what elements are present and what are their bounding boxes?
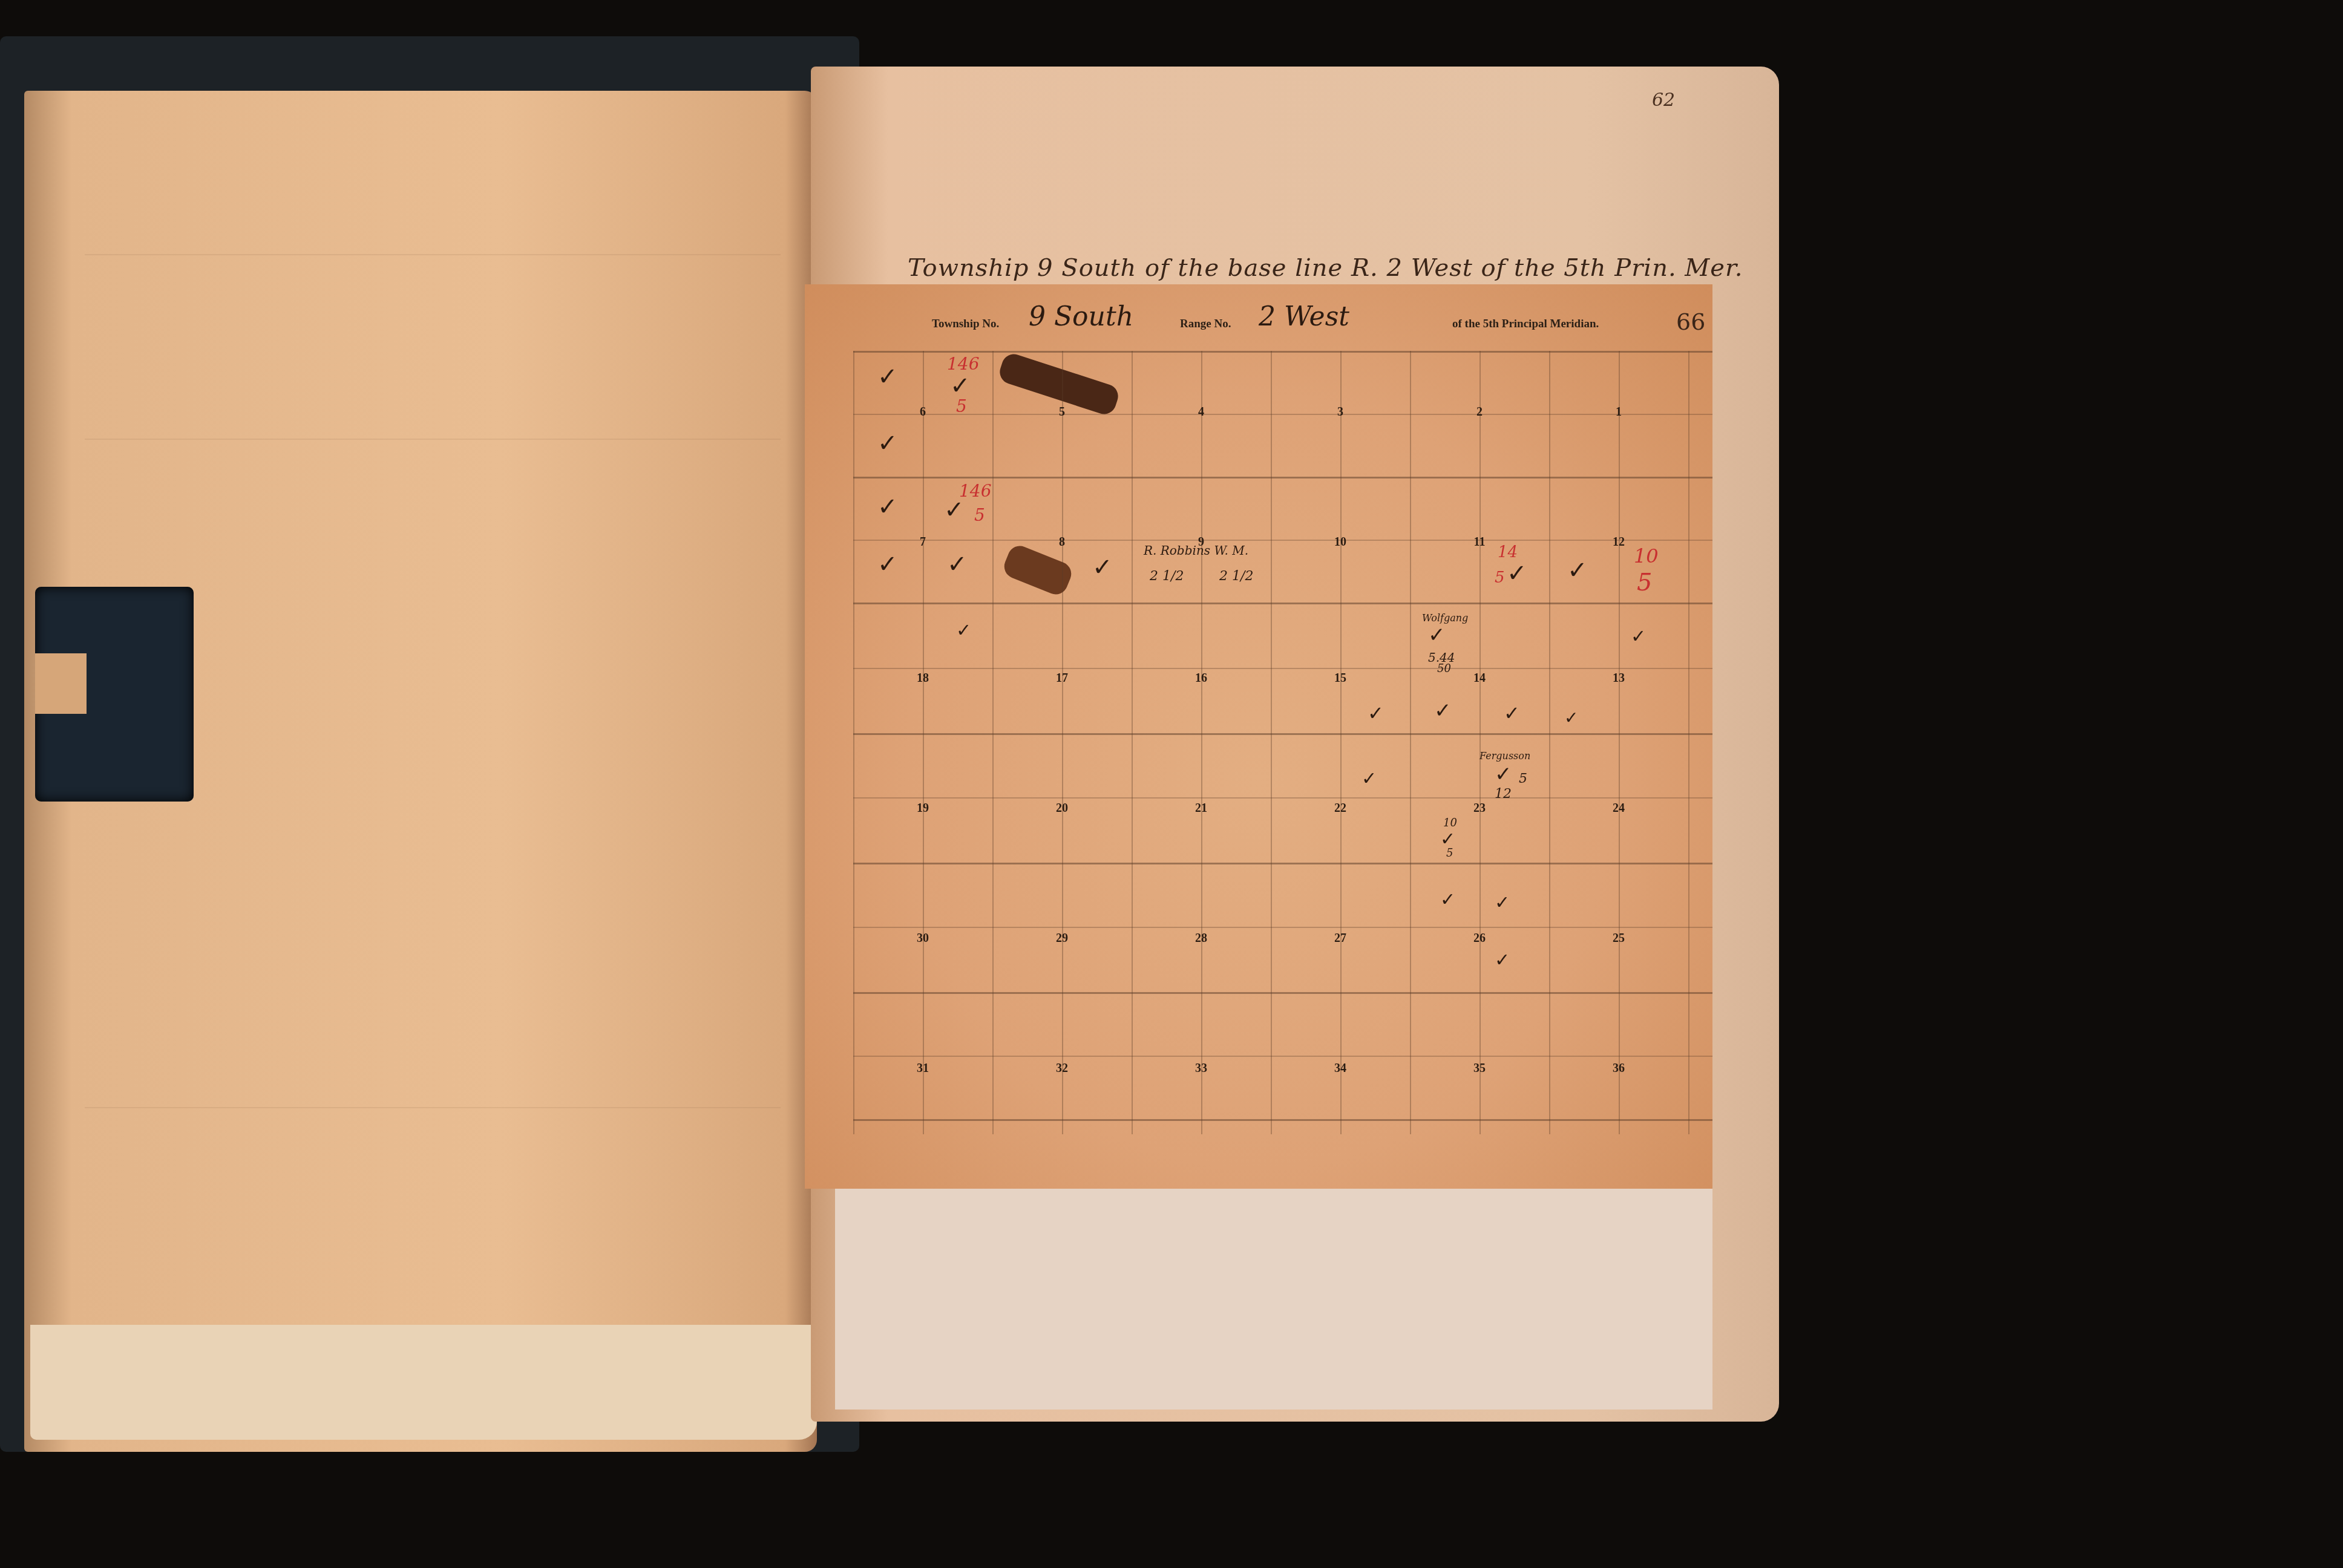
red-annotation: 146 (947, 354, 979, 374)
section-11: 11 (1474, 535, 1486, 549)
check-mark-icon: ✓ (1507, 560, 1527, 587)
book-weight (35, 587, 194, 802)
check-mark-icon: ✓ (877, 550, 898, 578)
red-annotation: 14 (1498, 543, 1518, 561)
check-mark-icon: ✓ (1567, 557, 1588, 584)
range-label: Range No. (1180, 318, 1231, 331)
section-17: 17 (1056, 671, 1068, 685)
section-18: 18 (917, 671, 929, 685)
page-number: 66 (1676, 309, 1705, 335)
check-mark-icon: ✓ (947, 550, 968, 578)
section-grid: 6 5 4 3 2 1 7 8 9 10 11 12 18 17 16 15 1… (853, 351, 1712, 1134)
acreage-note: 12 (1495, 786, 1512, 802)
handwritten-heading: Township 9 South of the base line R. 2 W… (908, 254, 1743, 282)
section-2: 2 (1476, 405, 1483, 419)
check-mark-icon: ✓ (1368, 702, 1384, 725)
check-mark-icon: ✓ (1631, 626, 1646, 647)
acreage-note: 10 (1443, 817, 1457, 829)
check-mark-icon: ✓ (1495, 762, 1512, 786)
section-4: 4 (1198, 405, 1204, 419)
section-20: 20 (1056, 802, 1068, 815)
check-mark-icon: ✓ (956, 620, 971, 641)
red-annotation: 5 (1495, 569, 1505, 587)
red-annotation: 10 (1634, 544, 1659, 567)
section-8: 8 (1059, 535, 1065, 549)
right-page-lower (835, 1186, 1712, 1410)
check-mark-icon: ✓ (877, 363, 898, 391)
ruled-line (85, 254, 781, 255)
corner-mark: 62 (1652, 90, 1675, 111)
check-mark-icon: ✓ (1440, 889, 1455, 910)
owner-name: Wolfgang (1422, 612, 1468, 624)
section-32: 32 (1056, 1062, 1068, 1076)
red-annotation: 5 (974, 505, 985, 525)
section-7: 7 (920, 535, 926, 549)
acreage-note: 50 (1437, 662, 1451, 675)
check-mark-icon: ✓ (1495, 950, 1510, 971)
section-31: 31 (917, 1062, 929, 1076)
red-annotation: 5 (956, 396, 967, 416)
check-mark-icon: ✓ (1362, 768, 1377, 789)
section-34: 34 (1334, 1062, 1346, 1076)
section-24: 24 (1613, 802, 1625, 815)
section-28: 28 (1195, 932, 1207, 946)
check-mark-icon: ✓ (1428, 623, 1446, 647)
section-5: 5 (1059, 405, 1065, 419)
section-1: 1 (1616, 405, 1622, 419)
section-16: 16 (1195, 671, 1207, 685)
ruled-line (85, 1107, 781, 1108)
acreage-note: 5 (1446, 847, 1453, 860)
section-10: 10 (1334, 535, 1346, 549)
section-6: 6 (920, 405, 926, 419)
section-15: 15 (1334, 671, 1346, 685)
section-35: 35 (1473, 1062, 1486, 1076)
check-mark-icon: ✓ (877, 430, 898, 457)
range-value: 2 West (1259, 301, 1349, 332)
section-30: 30 (917, 932, 929, 946)
acreage-note: 2 1/2 (1219, 569, 1253, 584)
section-23: 23 (1473, 802, 1486, 815)
section-27: 27 (1334, 932, 1346, 946)
owner-name: Fergusson (1480, 750, 1530, 762)
check-mark-icon: ✓ (1564, 708, 1578, 728)
book-weight-notch (35, 653, 87, 714)
acreage-note: 2 1/2 (1150, 569, 1184, 584)
section-36: 36 (1613, 1062, 1625, 1076)
section-19: 19 (917, 802, 929, 815)
section-25: 25 (1613, 932, 1625, 946)
section-21: 21 (1195, 802, 1207, 815)
ruled-line (85, 439, 781, 440)
check-mark-icon: ✓ (877, 493, 898, 521)
check-mark-icon: ✓ (1495, 892, 1510, 913)
meridian-label: of the 5th Principal Meridian. (1452, 318, 1599, 331)
section-26: 26 (1473, 932, 1486, 946)
section-3: 3 (1337, 405, 1343, 419)
township-label: Township No. (932, 318, 999, 331)
check-mark-icon: ✓ (1504, 702, 1520, 725)
section-33: 33 (1195, 1062, 1207, 1076)
section-29: 29 (1056, 932, 1068, 946)
check-mark-icon: ✓ (1092, 554, 1113, 581)
section-14: 14 (1473, 671, 1486, 685)
section-22: 22 (1334, 802, 1346, 815)
owner-name: R. Robbins W. M. (1144, 543, 1248, 558)
check-mark-icon: ✓ (944, 496, 965, 524)
section-12: 12 (1613, 535, 1625, 549)
acreage-note: 5 (1519, 771, 1527, 786)
left-page-edge (30, 1325, 817, 1440)
red-annotation: 5 (1637, 569, 1652, 596)
check-mark-icon: ✓ (1434, 699, 1452, 723)
section-13: 13 (1613, 671, 1625, 685)
township-value: 9 South (1029, 301, 1133, 332)
